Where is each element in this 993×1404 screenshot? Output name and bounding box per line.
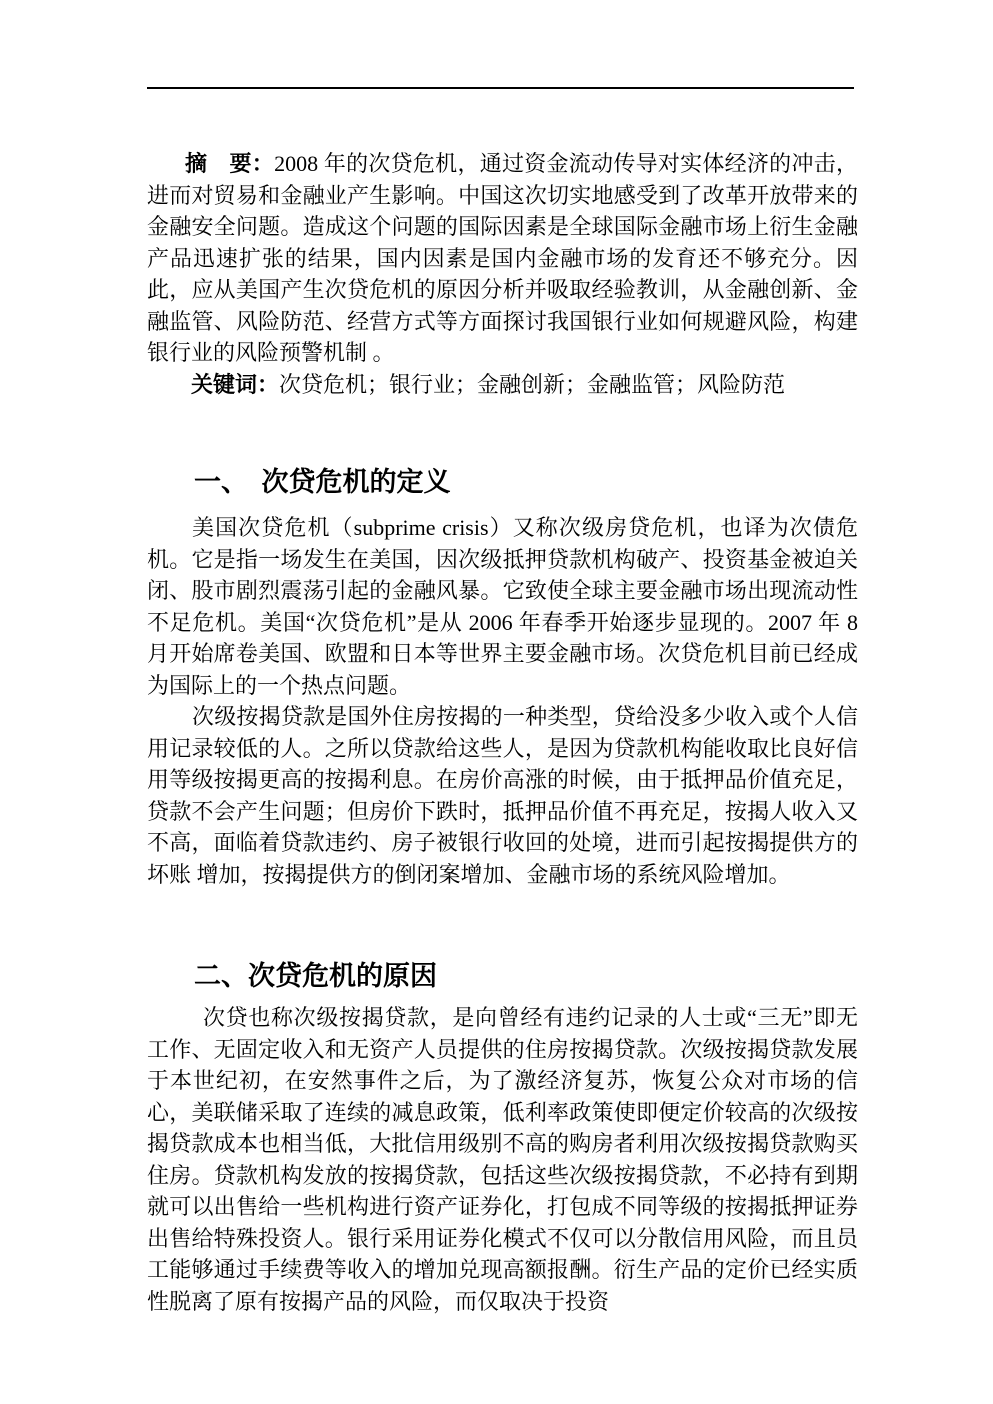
keywords-line: 关键词：次贷危机；银行业；金融创新；金融监管；风险防范: [147, 369, 858, 401]
section-2-paragraph-1: 次贷也称次级按揭贷款，是向曾经有违约记录的人士或“三无”即无工作、无固定收入和无…: [147, 1002, 858, 1317]
section-2-heading: 二、次贷危机的原因: [147, 958, 858, 994]
abstract-paragraph: 摘 要：2008 年的次贷危机，通过资金流动传导对实体经济的冲击，进而对贸易和金…: [147, 148, 858, 369]
section-1-paragraph-2: 次级按揭贷款是国外住房按揭的一种类型，贷给没多少收入或个人信用记录较低的人。之所…: [147, 701, 858, 890]
header-rule: [147, 87, 854, 89]
section-1-paragraph-1: 美国次贷危机（subprime crisis）又称次级房贷危机，也译为次债危机。…: [147, 512, 858, 701]
abstract-text: 2008 年的次贷危机，通过资金流动传导对实体经济的冲击，进而对贸易和金融业产生…: [147, 151, 858, 365]
keywords-label: 关键词：: [191, 372, 279, 397]
document-page: 摘 要：2008 年的次贷危机，通过资金流动传导对实体经济的冲击，进而对贸易和金…: [0, 0, 993, 1404]
document-content: 摘 要：2008 年的次贷危机，通过资金流动传导对实体经济的冲击，进而对贸易和金…: [147, 148, 858, 1317]
abstract-label: 摘 要：: [185, 151, 274, 176]
keywords-text: 次贷危机；银行业；金融创新；金融监管；风险防范: [279, 372, 785, 397]
section-1-heading: 一、 次贷危机的定义: [147, 464, 858, 500]
